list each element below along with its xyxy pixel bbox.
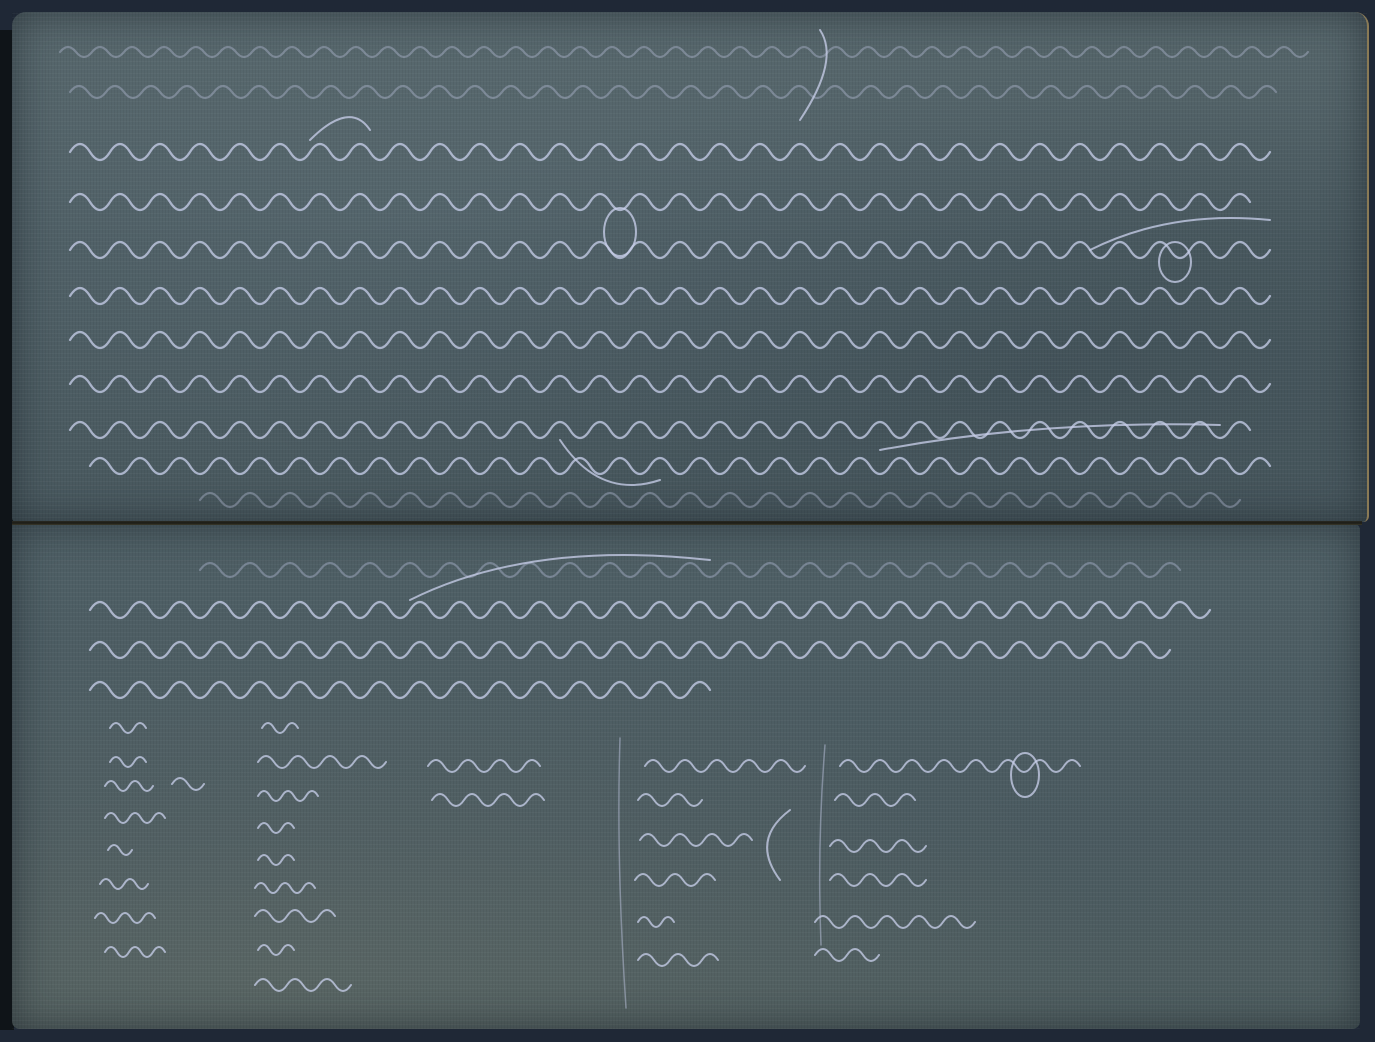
list-column-3 (428, 760, 544, 806)
column-divider-line (619, 738, 626, 1008)
list-column-1 (95, 723, 204, 957)
prose-lines-bottom (90, 563, 1210, 698)
list-column-4 (635, 760, 805, 966)
bottom-leaf-script (0, 0, 1375, 1042)
list-column-2 (255, 723, 386, 991)
list-column-5 (815, 760, 1080, 961)
column-divider-line-2 (820, 745, 825, 945)
